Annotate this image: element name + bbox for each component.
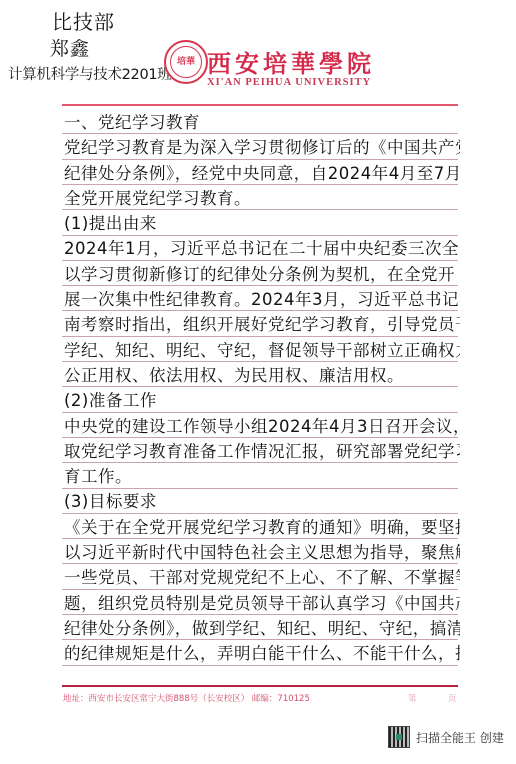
- qr-code-icon: [388, 726, 410, 748]
- text-line: (3)目标要求: [64, 489, 460, 514]
- footer-address: 地址：西安市长安区常宁大街888号（长安校区） 邮编：710125: [63, 692, 310, 704]
- text-line: 中央党的建设工作领导小组2024年4月3日召开会议，听: [64, 414, 460, 439]
- bottom-red-rule: [62, 685, 458, 687]
- text-line: 公正用权、依法用权、为民用权、廉洁用权。: [64, 363, 460, 388]
- text-line: 题，组织党员特别是党员领导干部认真学习《中国共产党: [64, 591, 460, 616]
- seal-text: 培華: [170, 46, 202, 78]
- text-line: 以学习贯彻新修订的纪律处分条例为契机，在全党开: [64, 262, 460, 287]
- text-line: 学纪、知纪、明纪、守纪，督促领导干部树立正确权力观，: [64, 338, 460, 363]
- text-line: 的纪律规矩是什么，弄明白能干什么、不能干什么，把遵规: [64, 641, 460, 666]
- handwritten-department: 比技部: [52, 6, 115, 35]
- text-line: 党纪学习教育是为深入学习贯彻修订后的《中国共产党: [64, 135, 460, 160]
- school-name-cn: 西安培華學院: [207, 44, 375, 79]
- text-line: (1)提出由来: [64, 211, 460, 236]
- text-line: 一些党员、干部对党规党纪不上心、不了解、不掌握等问: [64, 565, 460, 590]
- page-label-di: 第: [408, 692, 417, 704]
- school-seal-icon: 培華: [164, 40, 208, 84]
- text-line: 育工作。: [64, 464, 460, 489]
- school-name-en: XI'AN PEIHUA UNIVERSITY: [207, 77, 371, 88]
- text-line: 纪律处分条例》，经党中央同意，自2024年4月至7月，在: [64, 161, 460, 186]
- text-line: 全党开展党纪学习教育。: [64, 186, 460, 211]
- text-line: 2024年1月，习近平总书记在二十届中央纪委三次全会上指出，: [64, 236, 460, 261]
- text-line: 展一次集中性纪律教育。2024年3月，习近平总书记在湖: [64, 287, 460, 312]
- text-line: 《关于在全党开展党纪学习教育的通知》明确，要坚持: [64, 515, 460, 540]
- text-line: 纪律处分条例》，做到学纪、知纪、明纪、守纪，搞清楚党: [64, 616, 460, 641]
- scanner-watermark: 扫描全能王 创建: [416, 729, 504, 746]
- page-label-ye: 页: [448, 692, 457, 704]
- text-line: 以习近平新时代中国特色社会主义思想为指导，聚焦解决: [64, 540, 460, 565]
- handwritten-class: 计算机科学与技术2201班: [8, 63, 172, 84]
- text-line: 一、党纪学习教育: [64, 110, 460, 135]
- text-line: (2)准备工作: [64, 388, 460, 413]
- text-line: 取党纪学习教育准备工作情况汇报，研究部署党纪学习教: [64, 439, 460, 464]
- handwritten-body: 一、党纪学习教育党纪学习教育是为深入学习贯彻修订后的《中国共产党纪律处分条例》，…: [64, 110, 460, 667]
- text-line: 南考察时指出，组织开展好党纪学习教育，引导党员干部: [64, 312, 460, 337]
- handwritten-name: 郑鑫: [50, 34, 90, 61]
